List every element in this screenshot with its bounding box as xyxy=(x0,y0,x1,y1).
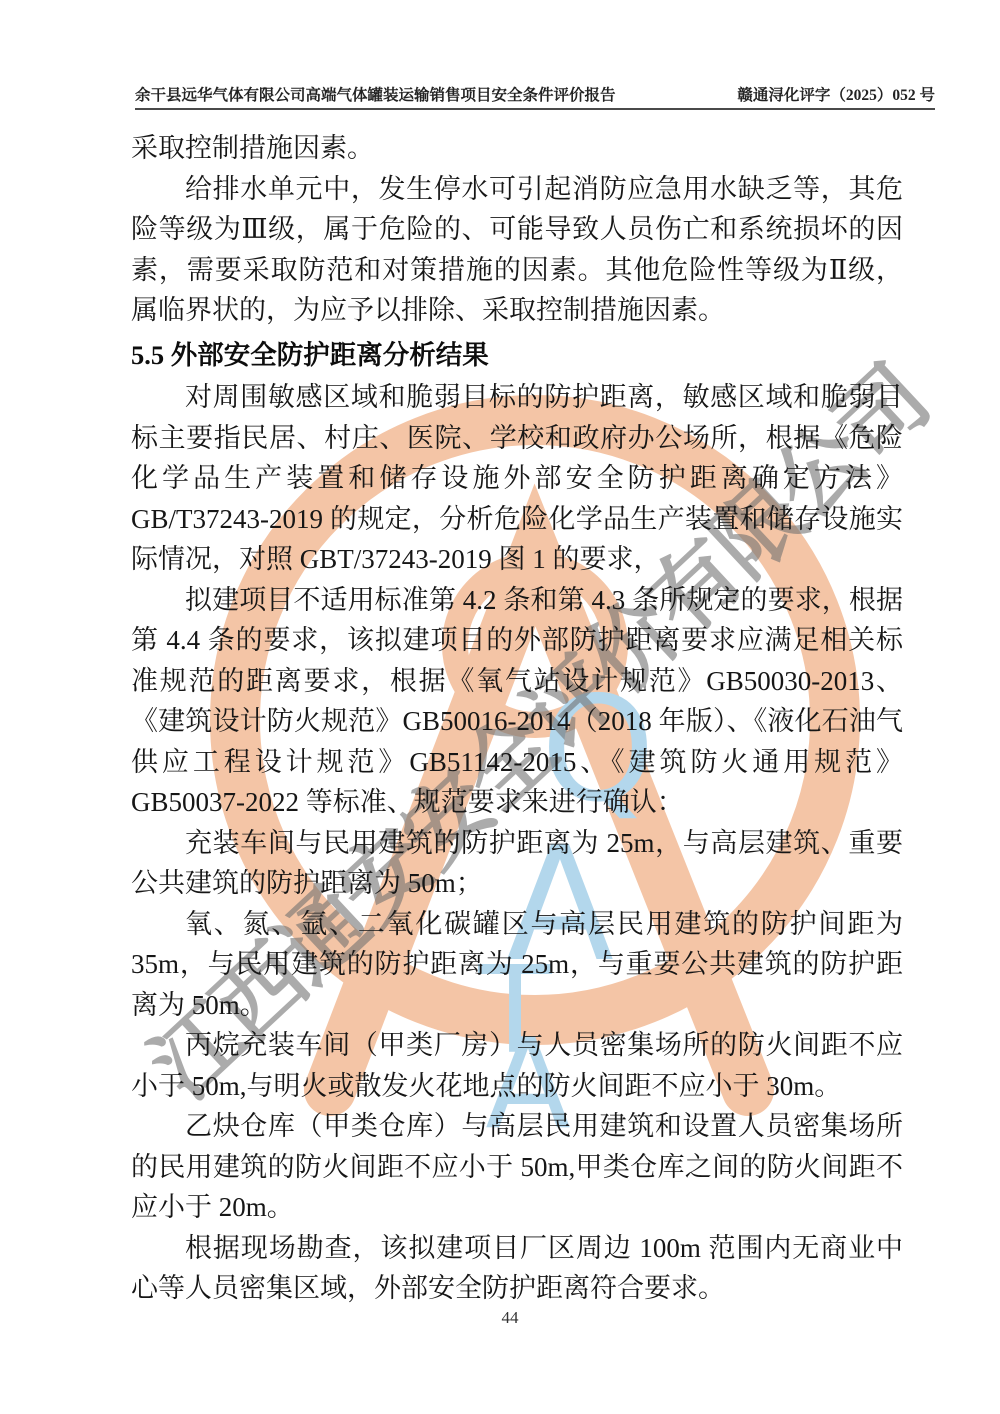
document-page: Q A T A 江西通安安全评价有限公司 余干县远华气体有限公司高端气体罐装运输… xyxy=(0,0,1000,1414)
paragraph-propane-workshop-distance: 丙烷充装车间（甲类厂房）与人员密集场所的防火间距不应小于 50m,与明火或散发火… xyxy=(131,1025,903,1106)
page-number: 44 xyxy=(20,1308,1000,1328)
paragraph-tank-area-distance: 氧、氮、氩、二氧化碳罐区与高层民用建筑的防护间距为 35m，与民用建筑的防护距离… xyxy=(131,904,903,1026)
paragraph-site-survey-conclusion: 根据现场勘查，该拟建项目厂区周边 100m 范围内无商业中心等人员密集区域，外部… xyxy=(131,1228,903,1309)
header-report-title: 余干县远华气体有限公司高端气体罐装运输销售项目安全条件评价报告 xyxy=(135,83,616,105)
paragraph-drainage-unit: 给排水单元中，发生停水可引起消防应急用水缺乏等，其危险等级为Ⅲ级，属于危险的、可… xyxy=(131,169,903,331)
section-heading-5-5: 5.5 外部安全防护距离分析结果 xyxy=(131,335,903,376)
header-document-number: 赣通浔化评字（2025）052 号 xyxy=(737,83,935,105)
paragraph-continuation: 采取控制措施因素。 xyxy=(131,128,903,169)
paragraph-filling-workshop-distance: 充装车间与民用建筑的防护距离为 25m，与高层建筑、重要公共建筑的防护距离为 5… xyxy=(131,823,903,904)
paragraph-standards: 拟建项目不适用标准第 4.2 条和第 4.3 条所规定的要求，根据第 4.4 条… xyxy=(131,580,903,823)
paragraph-acetylene-warehouse-distance: 乙炔仓库（甲类仓库）与高层民用建筑和设置人员密集场所的民用建筑的防火间距不应小于… xyxy=(131,1106,903,1228)
body-text: 采取控制措施因素。 给排水单元中，发生停水可引起消防应急用水缺乏等，其危险等级为… xyxy=(131,128,903,1309)
paragraph-sensitive-targets: 对周围敏感区域和脆弱目标的防护距离，敏感区域和脆弱目标主要指民居、村庄、医院、学… xyxy=(131,377,903,580)
page-header: 余干县远华气体有限公司高端气体罐装运输销售项目安全条件评价报告 赣通浔化评字（2… xyxy=(135,78,935,110)
page-content: 余干县远华气体有限公司高端气体罐装运输销售项目安全条件评价报告 赣通浔化评字（2… xyxy=(0,0,1000,1414)
